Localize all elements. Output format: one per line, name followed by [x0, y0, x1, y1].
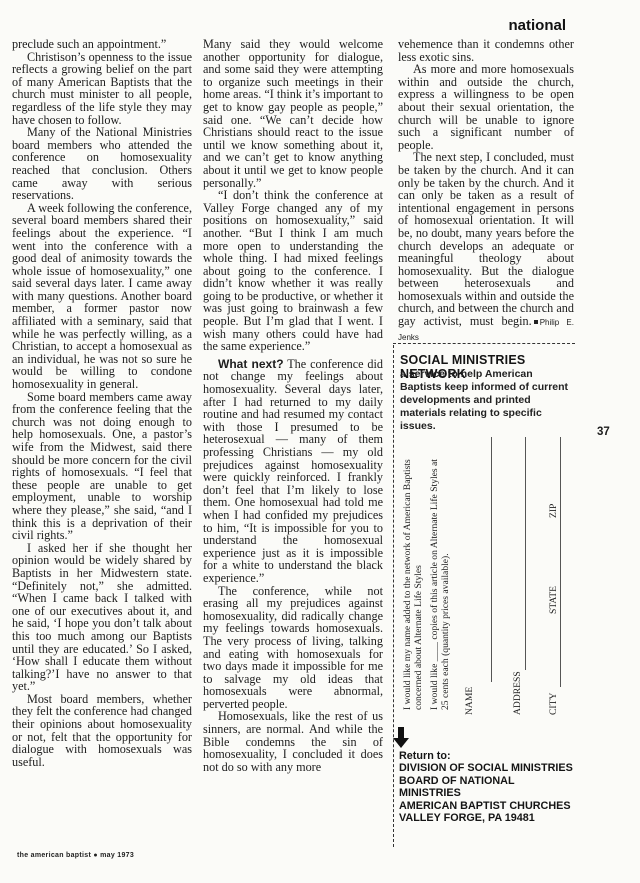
page-footer: the american baptist ● may 1973 — [17, 852, 134, 859]
article-paragraph: Many of the National Ministries board me… — [12, 126, 192, 202]
article-paragraph: Christison’s openness to the issue refle… — [12, 51, 192, 127]
end-mark-icon — [534, 320, 538, 324]
city-state-zip-field[interactable] — [560, 437, 561, 687]
return-address: Return to: DIVISION OF SOCIAL MINISTRIES… — [399, 750, 579, 824]
article-paragraph: Homosexuals, like the rest of us sinners… — [203, 710, 383, 773]
name-field[interactable] — [491, 437, 492, 682]
article-paragraph: I asked her if she thought her opinion w… — [12, 542, 192, 693]
article-column-3: vehemence than it condemns other less ex… — [398, 38, 574, 344]
zip-label: ZIP — [548, 501, 559, 521]
article-paragraph: Most board members, whether they felt th… — [12, 693, 192, 769]
coupon-description: a service to help American Baptists keep… — [400, 368, 575, 433]
article-paragraph: What next? The conference did not change… — [203, 358, 383, 585]
page-number: 37 — [597, 426, 610, 438]
option-order-copies[interactable]: I would like ____ copies of this article… — [429, 459, 451, 710]
article-paragraph: The conference, while not erasing all my… — [203, 585, 383, 711]
bullet-icon: ● — [93, 852, 98, 859]
article-paragraph: Some board members came away from the co… — [12, 391, 192, 542]
name-label: NAME — [464, 687, 475, 715]
article-paragraph: The next step, I concluded, must be take… — [398, 151, 574, 344]
option-add-name[interactable]: I would like my name added to the networ… — [402, 459, 424, 710]
article-paragraph: Many said they would welcome another opp… — [203, 38, 383, 189]
address-label: ADDRESS — [512, 671, 523, 715]
state-label: STATE — [548, 583, 559, 617]
coupon-form: SOCIAL MINISTRIES NETWORK a service to h… — [393, 345, 576, 847]
article-column-2: Many said they would welcome another opp… — [203, 38, 383, 773]
article-column-1: preclude such an appointment.”Christison… — [12, 38, 192, 768]
article-paragraph: “I don’t think the conference at Valley … — [203, 189, 383, 353]
city-label: CITY — [548, 693, 559, 715]
article-paragraph: vehemence than it condemns other less ex… — [398, 38, 574, 63]
article-paragraph: As more and more homosexuals within and … — [398, 63, 574, 151]
article-paragraph: A week following the conference, several… — [12, 202, 192, 391]
section-label: national — [508, 17, 566, 34]
address-field[interactable] — [525, 437, 526, 670]
coupon-cut-line — [393, 343, 575, 344]
